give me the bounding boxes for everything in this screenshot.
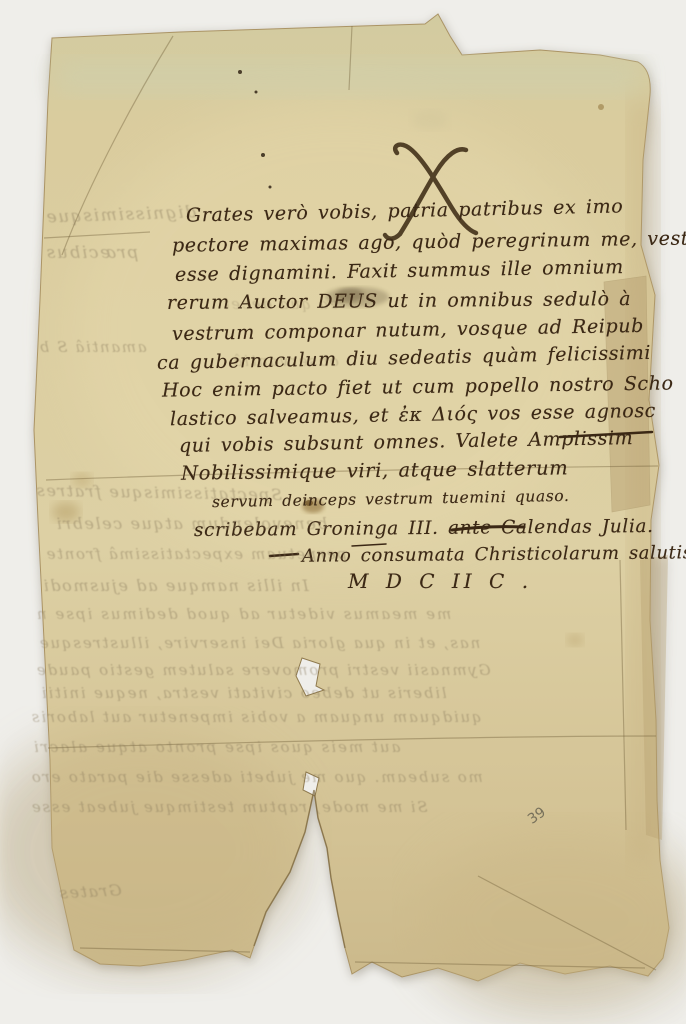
paper-light-patch (70, 100, 610, 560)
paper-sheet-graphic (0, 0, 686, 1024)
brown-stain (302, 499, 324, 513)
manuscript-scan: dignissimisque præcibus amantiâ S b ea q… (0, 0, 686, 1024)
top-grey-band (55, 58, 640, 96)
right-fold-flap (604, 276, 650, 512)
